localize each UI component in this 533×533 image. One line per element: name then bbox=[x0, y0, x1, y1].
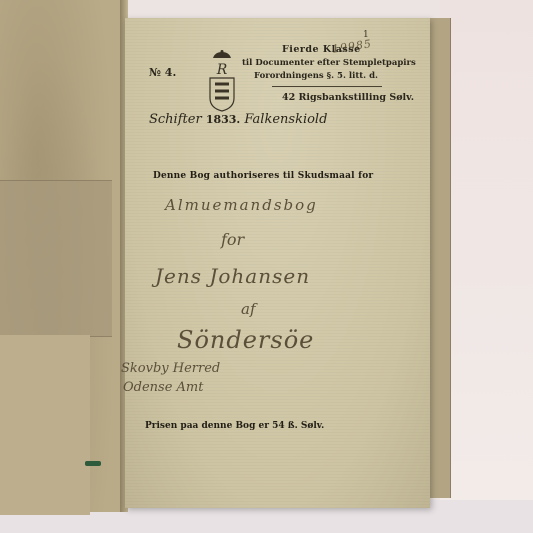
stamp-line-3: Forordningens §. 5. litt. d. bbox=[254, 71, 378, 81]
left-page-lower bbox=[0, 335, 90, 515]
handwritten-parish: Skovby Herred bbox=[121, 361, 220, 376]
svg-text:R: R bbox=[216, 62, 228, 78]
binding-thread bbox=[85, 461, 101, 466]
handwritten-occupation: Almuemandsbog bbox=[165, 196, 318, 214]
background-surface bbox=[440, 0, 533, 533]
stamp-value: 42 Rigsbankstilling Sølv. bbox=[282, 92, 414, 103]
schifter-prefix: Schifter bbox=[149, 112, 202, 127]
stamp-header: № 4. R 19985 Fierde Klasse til Documente… bbox=[125, 42, 430, 102]
handwritten-place: Söndersöe bbox=[177, 326, 314, 354]
stamp-divider bbox=[272, 86, 382, 87]
schifter-name: Falkenskiold bbox=[244, 112, 327, 127]
handwritten-of: af bbox=[241, 300, 256, 318]
stamp-number: № 4. bbox=[149, 66, 176, 79]
title-page: 1 № 4. R 19985 Fierde Klasse til Documen… bbox=[125, 18, 430, 508]
schifter-year: 1833. bbox=[206, 113, 240, 126]
stamp-line-2: til Documenter efter Stempletpapirs bbox=[242, 58, 416, 68]
authorisation-text: Denne Bog authoriseres til Skudsmaal for bbox=[153, 171, 373, 181]
handwritten-name: Jens Johansen bbox=[155, 264, 310, 288]
handwritten-for: for bbox=[221, 230, 244, 249]
schifter-line: Schifter 1833. Falkenskiold bbox=[149, 112, 327, 127]
coat-of-arms-icon: R bbox=[207, 50, 237, 112]
stamp-class: Fierde Klasse bbox=[282, 44, 361, 55]
left-page-fold bbox=[0, 180, 112, 337]
price-text: Prisen paa denne Bog er 54 ß. Sølv. bbox=[145, 421, 324, 431]
handwritten-county: Odense Amt bbox=[123, 380, 203, 395]
